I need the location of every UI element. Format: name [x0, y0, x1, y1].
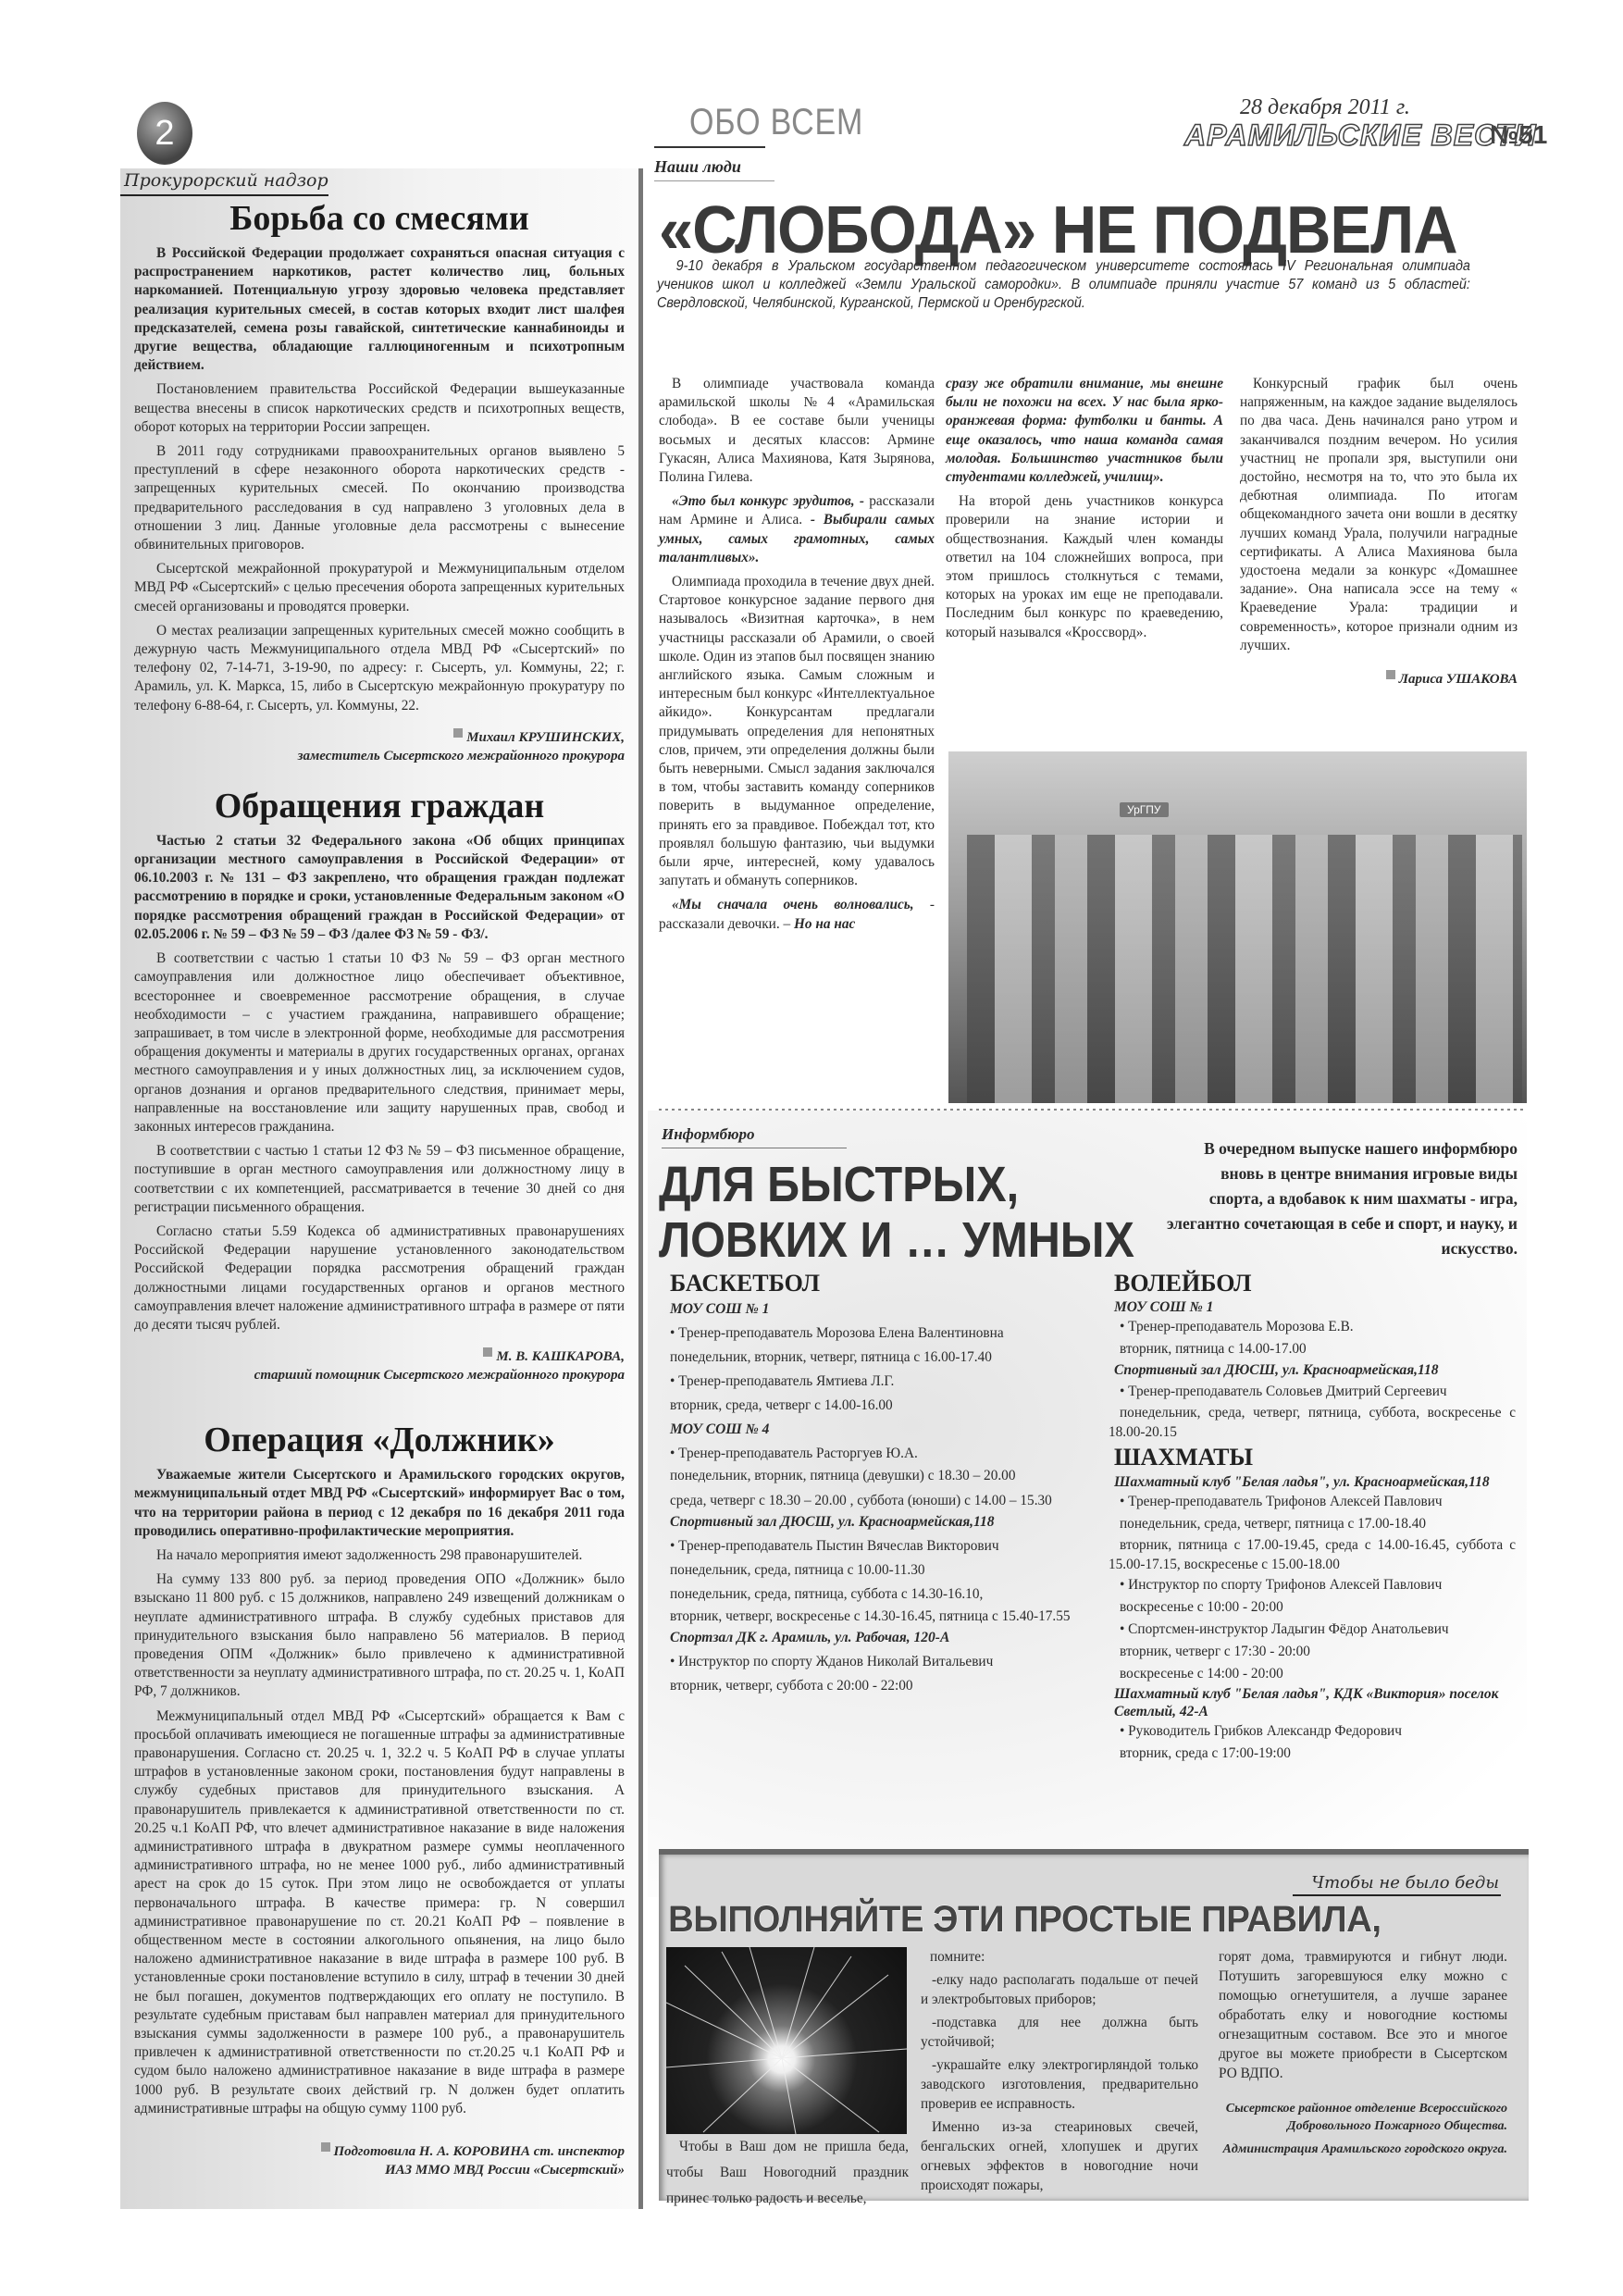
- author-role: старший помощник Сысертского межрайонног…: [254, 1368, 625, 1383]
- schedule-line: • Тренер-преподаватель Морозова Е.В.: [1109, 1316, 1516, 1338]
- rubric-label: Чтобы не было беды: [1293, 1873, 1501, 1896]
- schedule-line: вторник, среда с 17:00-19:00: [1109, 1743, 1516, 1765]
- basketball-schedule: БАСКЕТБОЛ МОУ СОШ № 1 • Тренер-преподава…: [659, 1268, 1094, 1698]
- schedule-line: • Тренер-преподаватель Расторгуев Ю.А.: [659, 1442, 1094, 1466]
- article-smoking-mixes: Борьба со смесями В Российской Федерации…: [134, 198, 625, 765]
- paragraph: Именно из-за стеариновых свечей, бенгаль…: [921, 2117, 1198, 2195]
- paragraph: На начало мероприятия имеют задолженност…: [134, 1546, 625, 1565]
- author-role: ИАЗ ММО МВД России «Сысертский»: [385, 2163, 625, 2178]
- paragraph: Сысертской межрайонной прокуратурой и Ме…: [134, 560, 625, 616]
- lead-text: 9-10 декабря в Уральском государственном…: [657, 257, 1470, 314]
- schedule-line: вторник, четверг, суббота с 20:00 - 22:0…: [659, 1674, 1094, 1698]
- safety-caption: Чтобы в Ваш дом не пришла беда, чтобы Ва…: [666, 2134, 909, 2212]
- venue: Спортивный зал ДЮСШ, ул. Красноармейская…: [659, 1514, 1094, 1531]
- author-name: М. В. КАШКАРОВА,: [496, 1349, 625, 1364]
- rubric-label: Информбюро: [662, 1125, 847, 1148]
- article-lead: Частью 2 статьи 32 Федерального закона «…: [134, 832, 625, 944]
- paragraph: На второй день участников конкурса прове…: [946, 492, 1223, 642]
- title-line: ЛОВКИХ И … УМНЫХ: [659, 1212, 1134, 1268]
- schedule-line: • Спортсмен-инструктор Ладыгин Фёдор Ана…: [1109, 1619, 1516, 1641]
- author-signature: Михаил КРУШИНСКИХ, заместитель Сысертско…: [134, 728, 625, 765]
- square-bullet-icon: [453, 728, 463, 738]
- schedule-line: • Тренер-преподаватель Трифонов Алексей …: [1109, 1491, 1516, 1513]
- venue: МОУ СОШ № 1: [659, 1301, 1094, 1318]
- paragraph-quote: «Мы сначала очень волновались, - рассказ…: [659, 896, 935, 933]
- org-signature: Сысертское районное отделение Всероссийс…: [1219, 2100, 1507, 2135]
- article-column-1: В олимпиаде участвовала команда арамильс…: [659, 375, 935, 939]
- article-column-3: Конкурсный график был очень напряженным,…: [1240, 375, 1518, 689]
- rule-item: -елку надо располагать подальше от печей…: [921, 1970, 1198, 2009]
- fire-safety-box: Чтобы не было беды ВЫПОЛНЯЙТЕ ЭТИ ПРОСТЫ…: [659, 1849, 1529, 2201]
- left-column: Прокурорский надзор Борьба со смесями В …: [120, 168, 643, 2209]
- schedule-line: • Тренер-преподаватель Пыстин Вячеслав В…: [659, 1534, 1094, 1558]
- paragraph: В олимпиаде участвовала команда арамильс…: [659, 375, 935, 487]
- issue-number: №51: [1490, 120, 1547, 150]
- schedule-line: вторник, четверг с 17:30 - 20:00: [1109, 1641, 1516, 1663]
- schedule-line: • Тренер-преподаватель Морозова Елена Ва…: [659, 1322, 1094, 1346]
- section-name: ОБО ВСЕМ: [689, 102, 863, 143]
- quote-text: «Мы сначала очень волновались,: [672, 897, 914, 912]
- paragraph: Постановлением правительства Российской …: [134, 380, 625, 437]
- venue: МОУ СОШ № 4: [659, 1421, 1094, 1438]
- schedule-line: понедельник, вторник, пятница (девушки) …: [659, 1466, 1094, 1485]
- author-signature: Подготовила Н. А. КОРОВИНА ст. инспектор…: [134, 2142, 625, 2179]
- quote-text: сразу же обратили внимание, мы внешне бы…: [946, 375, 1223, 487]
- author-name: Подготовила Н. А. КОРОВИНА ст. инспектор: [334, 2144, 626, 2159]
- paragraph: Конкурсный график был очень напряженным,…: [1240, 375, 1518, 655]
- safety-column-3: горят дома, травмируются и гибнут люди. …: [1219, 1947, 1507, 2158]
- schedule-line: • Тренер-преподаватель Ямтиева Л.Г.: [659, 1370, 1094, 1394]
- article-title: Обращения граждан: [134, 786, 625, 826]
- rule-item: -украшайте елку электрогирляндой только …: [921, 2055, 1198, 2114]
- schedule-line: • Инструктор по спорту Трифонов Алексей …: [1109, 1574, 1516, 1596]
- photo-sign: УрГПУ: [1120, 802, 1169, 817]
- square-bullet-icon: [483, 1347, 492, 1357]
- author-name: Михаил КРУШИНСКИХ,: [466, 730, 625, 745]
- page-number-badge: 2: [137, 102, 192, 165]
- newspaper-title: АРАМИЛЬСКИЕ ВЕСТИ: [1184, 118, 1537, 153]
- schedule-line: • Инструктор по спорту Жданов Николай Ви…: [659, 1650, 1094, 1674]
- sparkler-icon: [666, 1947, 907, 2134]
- schedule-line: понедельник, среда, пятница, суббота с 1…: [659, 1582, 1094, 1607]
- title-line: ДЛЯ БЫСТРЫХ,: [659, 1157, 1134, 1212]
- paragraph: Межмуниципальный отдел МВД РФ «Сысертски…: [134, 1707, 625, 2118]
- schedule-line: вторник, среда, четверг с 14.00-16.00: [659, 1394, 1094, 1418]
- schedule-line: • Тренер-преподаватель Соловьев Дмитрий …: [1109, 1381, 1516, 1403]
- paragraph: Олимпиада проходила в течение двух дней.…: [659, 573, 935, 890]
- divider: [654, 146, 765, 148]
- schedule-line: вторник, пятница с 14.00-17.00: [1109, 1338, 1516, 1360]
- schedule-line: понедельник, среда, четверг, пятница с 1…: [1109, 1513, 1516, 1535]
- venue: Шахматный клуб "Белая ладья", КДК «Викто…: [1109, 1685, 1516, 1720]
- author-role: заместитель Сысертского межрайонного про…: [298, 749, 625, 763]
- article-column-2: сразу же обратили внимание, мы внешне бы…: [946, 375, 1223, 648]
- schedule-line: вторник, четверг, воскресенье с 14.30-16…: [659, 1607, 1094, 1626]
- sport-heading: ВОЛЕЙБОЛ: [1109, 1270, 1516, 1297]
- schedule-line: понедельник, вторник, четверг, пятница с…: [659, 1346, 1094, 1370]
- venue: Шахматный клуб "Белая ладья", ул. Красно…: [1109, 1473, 1516, 1491]
- quote-text: «Это был конкурс эрудитов, -: [672, 493, 864, 509]
- article-lead: Уважаемые жители Сысертского и Арамильск…: [134, 1466, 625, 1541]
- paragraph-quote: «Это был конкурс эрудитов, - рассказали …: [659, 492, 935, 567]
- venue: МОУ СОШ № 1: [1109, 1299, 1516, 1316]
- quote-text: Но на нас: [794, 916, 855, 932]
- schedule-line: понедельник, среда, пятница с 10.00-11.3…: [659, 1558, 1094, 1582]
- paragraph: О местах реализации запрещенных куритель…: [134, 622, 625, 715]
- paragraph: горят дома, травмируются и гибнут люди. …: [1219, 1947, 1507, 2083]
- rubric-label: Наши люди: [654, 157, 774, 181]
- article-operation-debtor: Операция «Должник» Уважаемые жители Сысе…: [134, 1420, 625, 2179]
- article-title: Борьба со смесями: [134, 198, 625, 239]
- paragraph: На сумму 133 800 руб. за период проведен…: [134, 1570, 625, 1701]
- paragraph: В соответствии с частью 1 статьи 10 ФЗ №…: [134, 949, 625, 1136]
- article-lead: 9-10 декабря в Уральском государственном…: [657, 257, 1470, 319]
- volleyball-schedule: ВОЛЕЙБОЛ МОУ СОШ № 1 • Тренер-преподават…: [1109, 1268, 1516, 1765]
- schedule-line: понедельник, среда, четверг, пятница, су…: [1109, 1403, 1516, 1442]
- paragraph: Согласно статьи 5.59 Кодекса об админист…: [134, 1222, 625, 1334]
- schedule-line: воскресенье с 10:00 - 20:00: [1109, 1596, 1516, 1619]
- schedule-line: вторник, пятница с 17.00-19.45, среда с …: [1109, 1535, 1516, 1574]
- safety-column-2: помните: -елку надо располагать подальше…: [921, 1947, 1198, 2199]
- rubric-label: Прокурорский надзор: [120, 168, 328, 196]
- people-group: [967, 835, 1522, 1103]
- square-bullet-icon: [321, 2142, 330, 2152]
- article-lead: В Российской Федерации продолжает сохран…: [134, 244, 625, 375]
- issue-date: 28 декабря 2011 г.: [1240, 95, 1410, 120]
- org-signature: Администрация Арамильского городского ок…: [1219, 2141, 1507, 2158]
- team-photo: УрГПУ: [948, 751, 1527, 1103]
- schedule-line: среда, четверг с 18.30 – 20.00 , суббота…: [659, 1491, 1094, 1510]
- sport-heading: БАСКЕТБОЛ: [659, 1270, 1094, 1297]
- paragraph: помните:: [921, 1947, 1198, 1967]
- schedule-line: воскресенье с 14:00 - 20:00: [1109, 1663, 1516, 1685]
- venue: Спортзал ДК г. Арамиль, ул. Рабочая, 120…: [659, 1630, 1094, 1646]
- article-citizen-appeals: Обращения граждан Частью 2 статьи 32 Фед…: [134, 786, 625, 1384]
- author-name: Лариса УШАКОВА: [1399, 672, 1518, 687]
- rule-item: -подставка для нее должна быть устойчиво…: [921, 2013, 1198, 2052]
- author-signature: М. В. КАШКАРОВА, старший помощник Сысерт…: [134, 1347, 625, 1384]
- schedule-line: • Руководитель Грибков Александр Федоров…: [1109, 1720, 1516, 1743]
- sparkler-photo: [666, 1947, 907, 2134]
- article-title: Операция «Должник»: [134, 1420, 625, 1460]
- square-bullet-icon: [1386, 670, 1395, 679]
- informburo-title: ДЛЯ БЫСТРЫХ, ЛОВКИХ И … УМНЫХ: [659, 1157, 1134, 1268]
- author-signature: Лариса УШАКОВА: [1240, 670, 1518, 689]
- venue: Спортивный зал ДЮСШ, ул. Красноармейская…: [1109, 1362, 1516, 1379]
- sport-heading: ШАХМАТЫ: [1109, 1444, 1516, 1471]
- informburo-lead: В очередном выпуске нашего информбюро вн…: [1166, 1136, 1518, 1261]
- paragraph: В 2011 году сотрудниками правоохранитель…: [134, 442, 625, 554]
- paragraph: В соответствии с частью 1 статьи 12 ФЗ №…: [134, 1142, 625, 1217]
- page-number: 2: [155, 114, 174, 153]
